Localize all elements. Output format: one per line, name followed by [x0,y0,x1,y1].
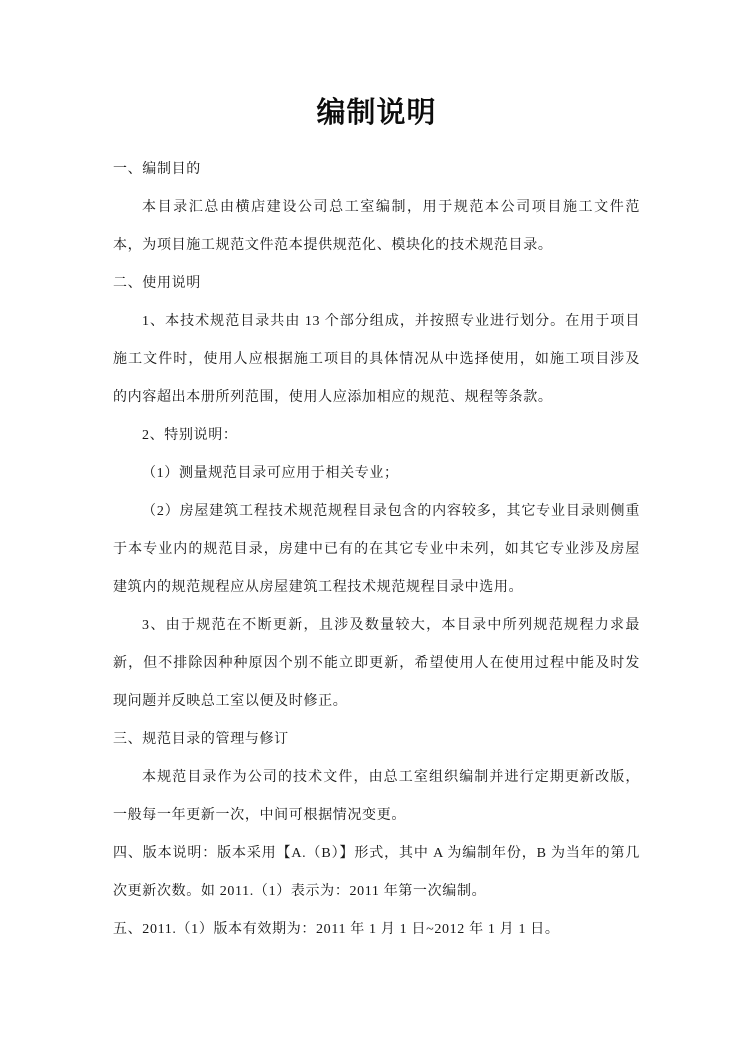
paragraph-special-note-item-2: （2）房屋建筑工程技术规范规程目录包含的内容较多，其它专业目录则侧重于本专业内的… [113,493,640,607]
section-heading-3: 三、规范目录的管理与修订 [113,721,640,759]
section-heading-2: 二、使用说明 [113,265,640,303]
section-heading-5-validity: 五、2011.（1）版本有效期为：2011 年 1 月 1 日~2012 年 1… [113,911,640,949]
document-body: 一、编制目的 本目录汇总由横店建设公司总工室编制，用于规范本公司项目施工文件范本… [113,151,640,949]
document-title: 编制说明 [113,93,640,133]
section-heading-4-version: 四、版本说明：版本采用【A.（B）】形式，其中 A 为编制年份，B 为当年的第几… [113,835,640,911]
document-page: 编制说明 一、编制目的 本目录汇总由横店建设公司总工室编制，用于规范本公司项目施… [0,0,744,1052]
section-heading-1: 一、编制目的 [113,151,640,189]
paragraph-special-note-item-1: （1）测量规范目录可应用于相关专业； [113,455,640,493]
paragraph-usage-3: 3、由于规范在不断更新，且涉及数量较大，本目录中所列规范规程力求最新，但不排除因… [113,607,640,721]
paragraph-purpose: 本目录汇总由横店建设公司总工室编制，用于规范本公司项目施工文件范本，为项目施工规… [113,189,640,265]
paragraph-management: 本规范目录作为公司的技术文件，由总工室组织编制并进行定期更新改版，一般每一年更新… [113,759,640,835]
paragraph-special-note: 2、特别说明： [113,417,640,455]
paragraph-usage-1: 1、本技术规范目录共由 13 个部分组成，并按照专业进行划分。在用于项目施工文件… [113,303,640,417]
